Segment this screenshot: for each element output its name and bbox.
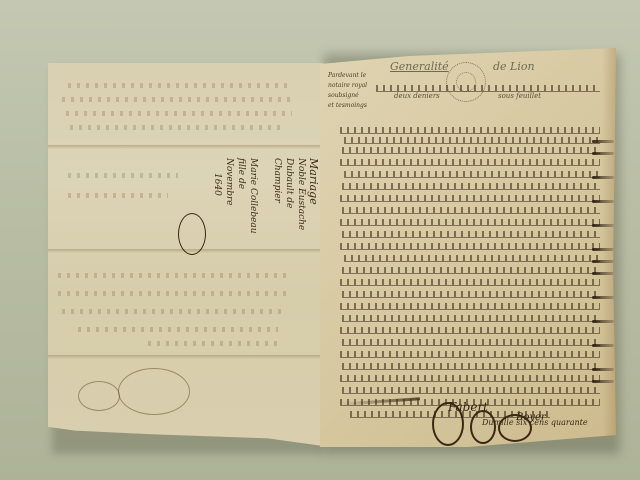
- line-end-dash: [592, 344, 614, 347]
- faint-text-line: [70, 125, 280, 130]
- text-line: [342, 204, 600, 214]
- faint-text-line: [68, 193, 168, 198]
- line-end-dash: [592, 152, 614, 155]
- line-end-dash: [592, 368, 614, 371]
- text-line: [376, 82, 600, 92]
- signature-flourish: [432, 402, 464, 446]
- line-end-dash: [592, 176, 614, 179]
- faint-text-line: [62, 309, 282, 314]
- text-line: [342, 360, 600, 370]
- faint-signature-flourish: [78, 381, 120, 411]
- text-line: [340, 192, 600, 202]
- margin-note: Pardevant le: [328, 72, 366, 79]
- text-line: [340, 156, 600, 166]
- line-end-dash: [592, 272, 614, 275]
- text-line: [342, 228, 600, 238]
- margin-note: soubsigné: [328, 92, 359, 99]
- text-line: [344, 168, 600, 178]
- faint-text-line: [62, 97, 292, 102]
- text-line: [342, 180, 600, 190]
- endorsement-line: fille de: [236, 158, 246, 189]
- text-line: [340, 124, 600, 134]
- stamp-sheet: sous feuillet: [498, 92, 541, 100]
- signature-flourish: [498, 414, 532, 442]
- paraph-flourish: [178, 213, 206, 255]
- text-line: [340, 240, 600, 250]
- fold-line: [48, 145, 323, 149]
- header-generalite: Generalité: [390, 60, 449, 73]
- line-end-dash: [592, 320, 614, 323]
- text-line: [340, 348, 600, 358]
- line-end-dash: [592, 248, 614, 251]
- fold-line: [48, 355, 323, 359]
- faint-text-line: [66, 111, 292, 116]
- line-end-dash: [592, 296, 614, 299]
- endorsement-line: Noble Eustache: [296, 158, 306, 230]
- text-line: [342, 288, 600, 298]
- faint-text-line: [58, 291, 288, 296]
- margin-note: et tesmoings: [328, 102, 367, 109]
- right-page: Generalité de Lion deux deniers sous feu…: [320, 48, 616, 447]
- text-line: [344, 134, 600, 144]
- text-line: [340, 300, 600, 310]
- endorsement-line: Novembre: [224, 158, 234, 206]
- line-end-dash: [592, 140, 614, 143]
- endorsement-line: Dubault de: [284, 158, 294, 208]
- faint-text-line: [148, 341, 278, 346]
- text-line: [344, 252, 600, 262]
- faint-text-line: [78, 327, 278, 332]
- text-line: [342, 264, 600, 274]
- header-de-lion: de Lion: [493, 60, 535, 73]
- line-end-dash: [592, 380, 614, 383]
- faint-text-line: [68, 173, 178, 178]
- text-line: [342, 384, 600, 394]
- text-line: [340, 324, 600, 334]
- text-line: [342, 336, 600, 346]
- faint-signature-flourish: [118, 368, 190, 415]
- line-end-dash: [592, 260, 614, 263]
- endorsement-title: Mariage: [307, 158, 320, 205]
- line-end-dash: [592, 224, 614, 227]
- stamp-value: deux deniers: [394, 92, 440, 100]
- text-line: [340, 372, 600, 382]
- faint-text-line: [68, 83, 288, 88]
- endorsement-line: Champier: [272, 158, 282, 203]
- line-end-dash: [592, 200, 614, 203]
- left-page: Mariage Noble Eustache Dubault de Champi…: [48, 63, 323, 446]
- signature-flourish: [470, 410, 496, 444]
- text-line: [340, 276, 600, 286]
- text-line: [342, 144, 600, 154]
- margin-note: notaire royal: [328, 82, 367, 89]
- endorsement-line: Marie Collebeau: [248, 158, 258, 234]
- text-line: [342, 312, 600, 322]
- faint-text-line: [58, 273, 288, 278]
- text-line: [340, 216, 600, 226]
- endorsement-date: 1640: [212, 173, 222, 196]
